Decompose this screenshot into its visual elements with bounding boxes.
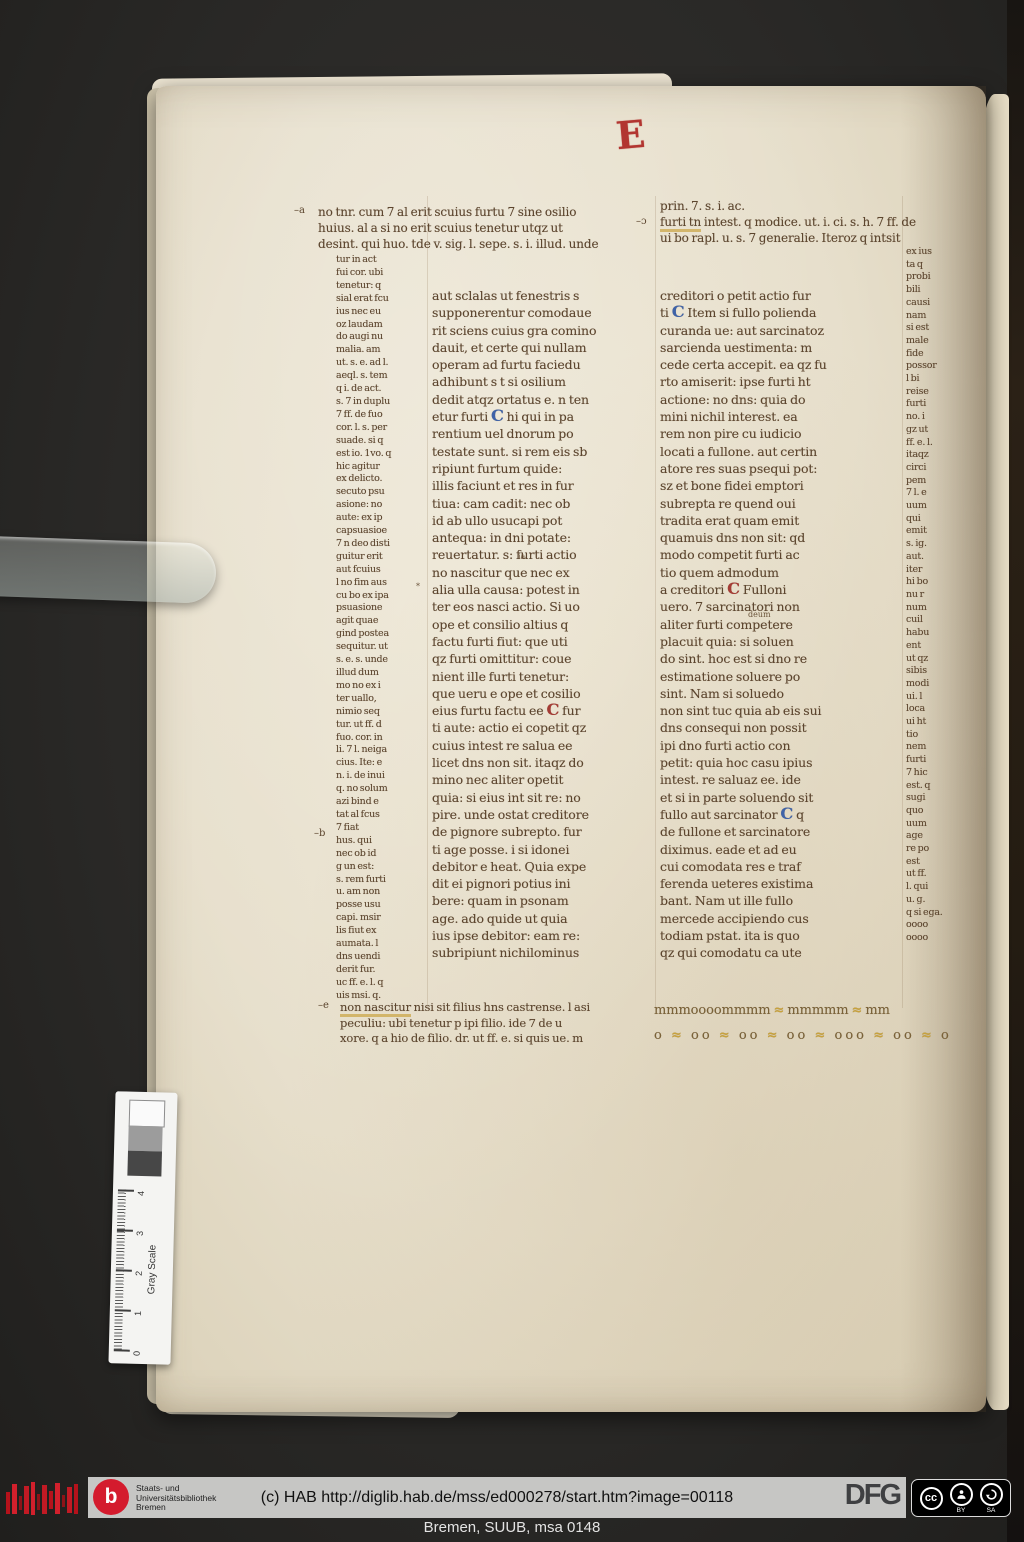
manuscript-line: s. ig. [906,538,986,551]
major-tick [117,1229,133,1231]
bottom-footnote: non nascitur nisi sit filius hns castren… [340,1000,680,1047]
manuscript-line: causi [906,297,986,310]
yellow-flourish: ≈ [921,1028,935,1043]
manuscript-line: itaqz [906,449,986,462]
manuscript-line: uum [906,818,986,831]
manuscript-line: n. i. de inui [336,770,432,783]
manuscript-line: intest. re saluaz ee. ide [660,771,912,788]
manuscript-line: sarcienda uestimenta: m [660,339,912,356]
manuscript-line: prin. 7. s. i. ac. [660,198,960,214]
tick-label: 3 [135,1224,145,1236]
manuscript-line: de fullone et sarcinatore [660,823,912,840]
manuscript-line: q. no solum [336,783,432,796]
manuscript-line: ti C Item si fullo polienda [660,304,912,321]
yellow-flourish: ≈ [671,1028,685,1043]
manuscript-line: uc ff. e. l. q [336,977,432,990]
manuscript-line: dns consequi non possit [660,719,912,736]
yellow-flourish: ≈ [873,1028,887,1043]
gray-patch-dark [127,1151,162,1177]
manuscript-line: ope et consilio altius q [432,616,664,633]
manuscript-line: posse usu [336,899,432,912]
manuscript-line: re po [906,843,986,856]
margin-mark: –ɔ [636,216,647,227]
cc-by-sa-badge: cc BY SA [911,1479,1011,1517]
manuscript-line: l bi [906,373,986,386]
manuscript-line: probi [906,271,986,284]
margin-mark: ia [518,552,525,561]
text-column-right: creditori o petit actio furti C Item si … [660,287,912,962]
manuscript-line: ex delicto. [336,473,432,486]
manuscript-line: q i. de act. [336,383,432,396]
manuscript-line: secuto psu [336,486,432,499]
text-column-left: aut sclalas ut fenestris ssupponerentur … [432,287,664,962]
manuscript-line: bili [906,284,986,297]
manuscript-line: cui comodata res e traf [660,858,912,875]
manuscript-line: azi bind e [336,796,432,809]
manuscript-line: modo competit furti ac [660,546,912,563]
manuscript-line: capsuasioe [336,525,432,538]
manuscript-line: ti age posse. i si idonei [432,841,664,858]
manuscript-line: oz laudam [336,319,432,332]
blue-initial: C [491,406,504,425]
manuscript-line: l. qui [906,881,986,894]
shelfmark-caption: Bremen, SUUB, msa 0148 [0,1519,1024,1536]
manuscript-line: ferenda ueteres existima [660,875,912,892]
manuscript-line: malia. am [336,344,432,357]
manuscript-line: mo no ex i [336,680,432,693]
manuscript-line: nam [906,310,986,323]
manuscript-line: nimio seq [336,706,432,719]
manuscript-line: pem [906,475,986,488]
manuscript-line: nec ob id [336,848,432,861]
ruler-ticks: 4 3 2 1 0 [114,1189,148,1352]
manuscript-line: male [906,335,986,348]
grayscale-calibration-card: Gray Scale 4 3 2 1 0 [108,1091,177,1365]
manuscript-line: 7 hic [906,767,986,780]
manuscript-line: ti aute: actio ei copetit qz [432,719,664,736]
manuscript-line: tiua: cam cadit: nec ob [432,495,664,512]
manuscript-line: tur. ut ff. d [336,719,432,732]
manuscript-line: ent [906,640,986,653]
manuscript-line: adhibunt s t si osilium [432,373,664,390]
manuscript-line: bant. Nam ut ille fullo [660,892,912,909]
copyright-url-text: (c) HAB http://diglib.hab.de/mss/ed00027… [88,1477,906,1518]
manuscript-line: non nascitur nisi sit filius hns castren… [340,1000,680,1016]
yellow-flourish: ≈ [814,1028,828,1043]
manuscript-line: reuertatur. s: furti actio [432,546,664,563]
manuscript-line: agit quae [336,615,432,628]
manuscript-line: sequitur. ut [336,641,432,654]
manuscript-line: furti [906,754,986,767]
manuscript-line: locati a fullone. aut certin [660,443,912,460]
red-initial: C [546,700,559,719]
manuscript-line: etur furti C hi qui in pa [432,408,664,425]
yellow-flourish: ≈ [774,1003,785,1018]
manuscript-line: quo [906,805,986,818]
margin-mark: –e [318,1000,329,1011]
tick-label: 4 [136,1184,146,1196]
manuscript-line: u. am non [336,886,432,899]
manuscript-line: diximus. eade et ad eu [660,841,912,858]
manuscript-line: psuasione [336,602,432,615]
manuscript-line: cuius intest re salua ee [432,737,664,754]
manuscript-line: subrepta re quend oui [660,495,912,512]
manuscript-line: furti tn intest. q modice. ut. i. ci. s.… [660,214,960,230]
manuscript-line: placuit quia: si soluen [660,633,912,650]
footer-bar: b Staats- und Universitätsbibliothek Bre… [88,1477,906,1518]
yellow-flourish: ≈ [719,1028,733,1043]
manuscript-line: habu [906,627,986,640]
manuscript-line: reise [906,386,986,399]
margin-mark: –b [314,828,325,839]
major-tick [116,1269,132,1271]
manuscript-line: do sint. hoc est si dno re [660,650,912,667]
manuscript-line: desint. qui huo. tde v. sig. l. sepe. s.… [318,236,658,252]
manuscript-line: age [906,830,986,843]
manuscript-line: hus. qui [336,835,432,848]
manuscript-line: qz furti omittitur: coue [432,650,664,667]
manuscript-line: ff. e. l. [906,437,986,450]
manuscript-line: oooo [906,919,986,932]
manuscript-line: possor [906,360,986,373]
tick-label: 0 [132,1344,142,1356]
by-label: BY [957,1507,966,1514]
manuscript-line: 7 ff. de fuo [336,409,432,422]
manuscript-line: est io. 1vo. q [336,448,432,461]
manuscript-line: peculiu: ubi tenetur p ipi filio. ide 7 … [340,1016,680,1032]
manuscript-line: tat al fcus [336,809,432,822]
tick-label: 1 [133,1304,143,1316]
manuscript-line: dauit, et certe qui nullam [432,339,664,356]
manuscript-line: derit fur. [336,964,432,977]
manuscript-line: dedit atqz ortatus e. n ten [432,391,664,408]
red-rubric-mark: E [614,111,647,158]
page-holder-strip [0,536,217,604]
manuscript-line: hi bo [906,576,986,589]
manuscript-line: aumata. l [336,938,432,951]
cc-icon: cc [920,1487,943,1510]
manuscript-line: ripiunt furtum quide: [432,460,664,477]
manuscript-line: ipi dno furti actio con [660,737,912,754]
manuscript-line: creditori o petit actio fur [660,287,912,304]
manuscript-line: s. e. s. unde [336,654,432,667]
manuscript-line: todiam pstat. ita is quo [660,927,912,944]
manuscript-line: tio [906,729,986,742]
manuscript-line: suade. si q [336,435,432,448]
manuscript-line: ius nec eu [336,306,432,319]
manuscript-line: debitor e heat. Quia expe [432,858,664,875]
manuscript-line: sibis [906,665,986,678]
manuscript-line: num [906,602,986,615]
manuscript-line: aeql. s. tem [336,370,432,383]
manuscript-line: aute: ex ip [336,512,432,525]
share-alike-icon [980,1483,1003,1506]
manuscript-line: nient ille furti tenetur: [432,668,664,685]
manuscript-line: antequa: in dni potate: [432,529,664,546]
manuscript-line: sial erat fcu [336,293,432,306]
manuscript-line: bere: quam in psonam [432,892,664,909]
manuscript-line: aliter furti competere [660,616,912,633]
digitized-manuscript-scan: E no tnr. cum 7 al erit scuius furtu 7 s… [0,0,1024,1542]
major-tick [115,1309,131,1311]
right-margin-gloss: ex iusta qprobibilicausinamsi estmalefid… [906,246,986,945]
manuscript-line: capi. msir [336,912,432,925]
manuscript-line: s. 7 in duplu [336,396,432,409]
manuscript-line: est [906,856,986,869]
manuscript-line: atore res suas psequi pot: [660,460,912,477]
manuscript-line: ut ff. [906,868,986,881]
manuscript-line: rto amiserit: ipse furti ht [660,373,912,390]
header-note-right: prin. 7. s. i. ac.furti tn intest. q mod… [660,198,960,246]
manuscript-line: rit sciens cuius gra comino [432,322,664,339]
manuscript-line: no tnr. cum 7 al erit scuius furtu 7 sin… [318,204,658,220]
manuscript-line: tradita erat quam emit [660,512,912,529]
manuscript-line: operam ad furtu faciedu [432,356,664,373]
manuscript-line: aut fcuius [336,564,432,577]
manuscript-line: xore. q a hio de filio. dr. ut ff. e. si… [340,1031,680,1047]
manuscript-line: cuil [906,614,986,627]
manuscript-line: actione: no dns: quia do [660,391,912,408]
manuscript-line: pire. unde ostat creditore [432,806,664,823]
manuscript-line: cede certa accepit. ea qz fu [660,356,912,373]
manuscript-line: hic agitur [336,461,432,474]
manuscript-line: nem [906,741,986,754]
manuscript-line: licet dns non sit. itaqz do [432,754,664,771]
manuscript-line: de pignore subrepto. fur [432,823,664,840]
manuscript-line: curanda ue: aut sarcinatoz [660,322,912,339]
manuscript-line: rem non pire cu iudicio [660,425,912,442]
manuscript-line: quia: si eius int sit re: no [432,789,664,806]
manuscript-line: fuo. cor. in [336,732,432,745]
manuscript-line: asione: no [336,499,432,512]
manuscript-line: o ≈ oo ≈ oo ≈ oo ≈ ooo ≈ oo ≈ o [654,1028,920,1043]
manuscript-line: cor. l. s. per [336,422,432,435]
manuscript-line: oooo [906,932,986,945]
sa-label: SA [987,1507,996,1514]
manuscript-line: a creditori C Fulloni [660,581,912,598]
manuscript-line: rentium uel dnorum po [432,425,664,442]
manuscript-line: ius ipse debitor: eam re: [432,927,664,944]
manuscript-line: 7 l. e [906,487,986,500]
book-binding-edge [1007,0,1024,1542]
manuscript-line: u. g. [906,894,986,907]
manuscript-line: sugi [906,792,986,805]
manuscript-line: factu furti fiut: que uti [432,633,664,650]
manuscript-line: fui cor. ubi [336,267,432,280]
margin-mark: * [416,582,420,591]
manuscript-line: loca [906,703,986,716]
gray-scale-label: Gray Scale [146,1184,160,1294]
manuscript-line: mino nec aliter opetit [432,771,664,788]
manuscript-line: uum [906,500,986,513]
manuscript-line: supponerentur comodaue [432,304,664,321]
pen-trial-line-2: o ≈ oo ≈ oo ≈ oo ≈ ooo ≈ oo ≈ o [654,1028,920,1043]
manuscript-line: g un est: [336,861,432,874]
gray-patch-white [129,1100,166,1128]
manuscript-line: illis faciunt et res in fur [432,477,664,494]
dfg-logo: DFG [845,1479,900,1512]
suub-bars-logo [4,1480,82,1517]
manuscript-line: illud dum [336,667,432,680]
left-margin-gloss: tur in actfui cor. ubitenetur: qsial era… [336,254,432,1003]
manuscript-line: cu bo ex ipa [336,590,432,603]
manuscript-line: alia ulla causa: potest in [432,581,664,598]
manuscript-line: cius. Ite: e [336,757,432,770]
manuscript-line: ter eos nasci actio. Si uo [432,598,664,615]
manuscript-line: qz qui comodatu ca ute [660,944,912,961]
manuscript-line: furti [906,398,986,411]
major-tick [114,1349,130,1351]
manuscript-line: ui bo rapl. u. s. 7 generalie. Iteroz q … [660,230,960,246]
red-initial: C [727,579,740,598]
manuscript-line: ter uallo, [336,693,432,706]
major-tick [118,1189,134,1191]
manuscript-line: huius. al a si no erit scuius tenetur ut… [318,220,658,236]
manuscript-line: do augi nu [336,331,432,344]
margin-mark: deum [748,610,771,619]
attribution-person-icon [950,1483,973,1506]
pen-trial-line-1: mmmoooommmm ≈ mmmmm ≈ mm [654,1003,920,1018]
manuscript-line: testate sunt. si rem eis sb [432,443,664,460]
manuscript-line: mercede accipiendo cus [660,910,912,927]
manuscript-line: guitur erit [336,551,432,564]
manuscript-line: petit: quia hoc casu ipius [660,754,912,771]
manuscript-line: mmmoooommmm ≈ mmmmm ≈ mm [654,1003,920,1018]
manuscript-line: ui ht [906,716,986,729]
manuscript-line: non sint tuc quia ab eis sui [660,702,912,719]
manuscript-line: 7 n deo disti [336,538,432,551]
manuscript-line: dns uendi [336,951,432,964]
manuscript-line: eius furtu factu ee C fur [432,702,664,719]
header-note-left: no tnr. cum 7 al erit scuius furtu 7 sin… [318,204,658,252]
manuscript-line: q si ega. [906,907,986,920]
manuscript-line: estimatione soluere po [660,668,912,685]
highlight: non nascitur [340,1000,411,1017]
manuscript-line: ex ius [906,246,986,259]
manuscript-line: aut. [906,551,986,564]
manuscript-line: fide [906,348,986,361]
manuscript-line: s. rem furti [336,874,432,887]
blue-initial: C [780,804,793,823]
manuscript-line: uero. 7 sarcinatori non [660,598,912,615]
manuscript-line: no. i [906,411,986,424]
margin-mark: –a [294,205,305,216]
gray-patch-mid [128,1126,163,1152]
manuscript-line: modi [906,678,986,691]
manuscript-line: nu r [906,589,986,602]
manuscript-line: age. ado quide ut quia [432,910,664,927]
manuscript-line: tio quem admodum [660,564,912,581]
manuscript-line: ut. s. e. ad l. [336,357,432,370]
manuscript-line: dit ei pignori potius ini [432,875,664,892]
manuscript-line: subripiunt nichilominus [432,944,664,961]
manuscript-line: gind postea [336,628,432,641]
manuscript-line: id ab ullo usucapi pot [432,512,664,529]
manuscript-line: li. 7 l. neiga [336,744,432,757]
blue-initial: C [672,302,685,321]
manuscript-line: sz et bone fidei emptori [660,477,912,494]
manuscript-line: 7 fiat [336,822,432,835]
manuscript-line: ui. l [906,691,986,704]
yellow-flourish: ≈ [767,1028,781,1043]
manuscript-line: circi [906,462,986,475]
manuscript-line: fullo aut sarcinator C q [660,806,912,823]
manuscript-line: emit [906,525,986,538]
manuscript-line: iter [906,564,986,577]
manuscript-line: aut sclalas ut fenestris s [432,287,664,304]
manuscript-line: tenetur: q [336,280,432,293]
manuscript-line: ut qz [906,653,986,666]
tick-label: 2 [134,1264,144,1276]
manuscript-line: no nascitur que nec ex [432,564,664,581]
manuscript-line: qui [906,513,986,526]
manuscript-line: lis fiut ex [336,925,432,938]
yellow-flourish: ≈ [852,1003,863,1018]
manuscript-line: ta q [906,259,986,272]
manuscript-line: tur in act [336,254,432,267]
manuscript-line: gz ut [906,424,986,437]
manuscript-line: sint. Nam si soluedo [660,685,912,702]
manuscript-line: mini nichil interest. ea [660,408,912,425]
manuscript-line: est. q [906,780,986,793]
manuscript-line: si est [906,322,986,335]
manuscript-line: quamuis dns non sit: qd [660,529,912,546]
